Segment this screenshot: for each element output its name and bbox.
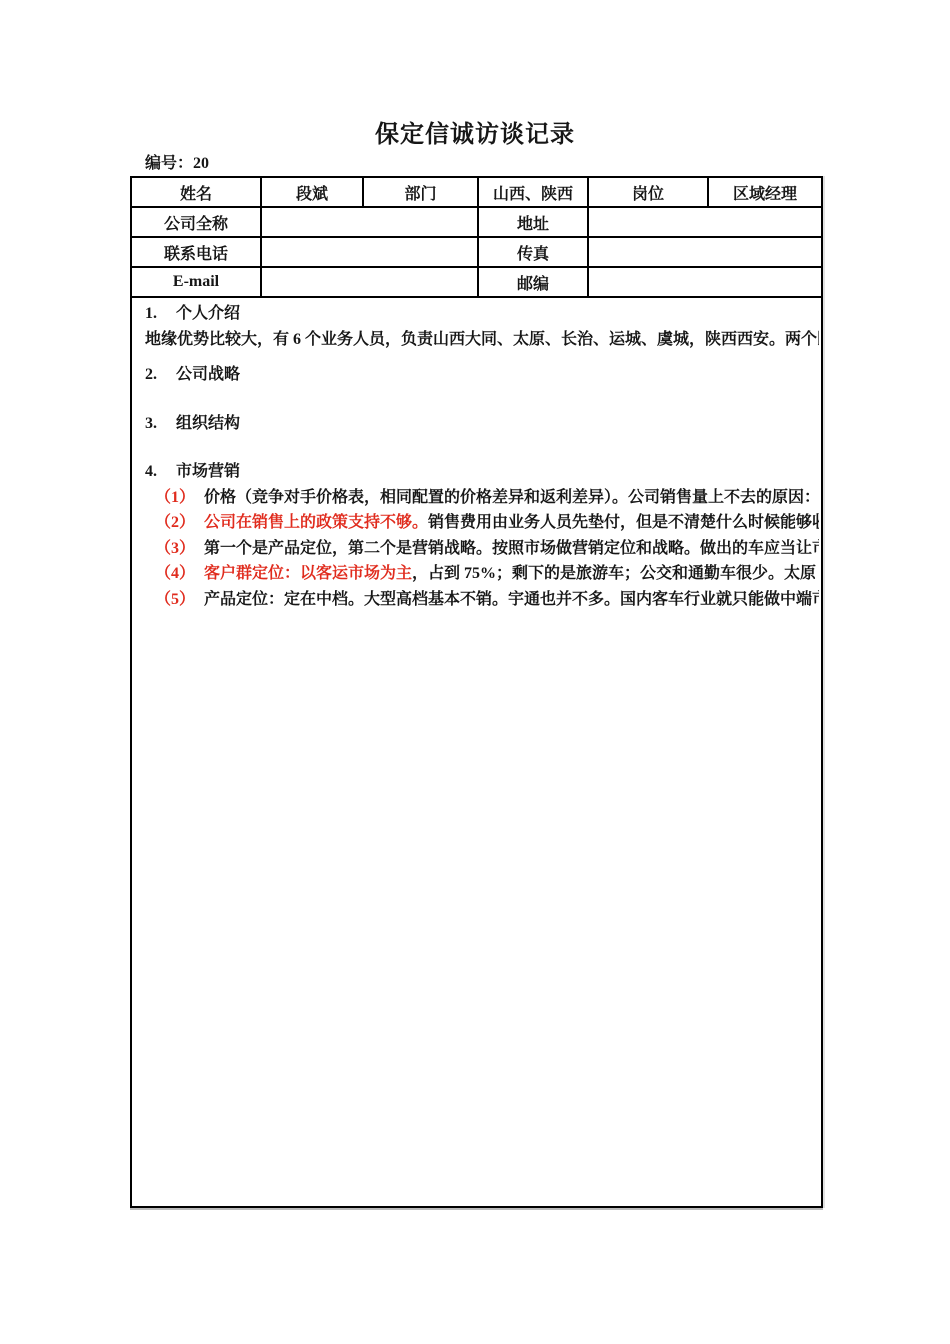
section-heading: 1.个人介绍: [145, 301, 808, 327]
section-gap: [145, 436, 808, 459]
company-label: 公司全称: [131, 207, 261, 237]
section-number: 1.: [145, 301, 176, 327]
section-title: 市场营销: [176, 463, 240, 480]
text-run: 客户群定位：以客运市场为主: [204, 565, 412, 582]
company-value: [261, 207, 478, 237]
table-row-phone: 联系电话 传真: [131, 237, 822, 267]
section-heading: 4.市场营销: [145, 459, 808, 485]
table-row-header: 姓名 段斌 部门 山西、陕西 岗位 区域经理: [131, 177, 822, 207]
section-title: 组织结构: [176, 415, 240, 432]
text-run: 公司在销售上的政策支持不够。: [204, 514, 428, 531]
table-row-company: 公司全称 地址: [131, 207, 822, 237]
text-run: ，占到 75%；剩下的是旅游车；公交和通勤车很少。太原（一级城市）——: [412, 565, 819, 582]
paragraph: 地缘优势比较大，有 6 个业务人员，负责山西大同、太原、长治、运城、虞城，陕西西…: [145, 327, 808, 353]
fax-label: 传真: [478, 237, 588, 267]
content-area: 1.个人介绍地缘优势比较大，有 6 个业务人员，负责山西大同、太原、长治、运城、…: [134, 298, 819, 1206]
email-value: [261, 267, 478, 297]
fax-value: [588, 237, 822, 267]
text-run: 地缘优势比较大，有 6 个业务人员，负责山西大同、太原、长治、运城、虞城，陕西西…: [145, 331, 819, 348]
section-title: 个人介绍: [176, 305, 240, 322]
address-value: [588, 207, 822, 237]
department-value: 山西、陕西: [478, 177, 588, 207]
email-label: E-mail: [131, 267, 261, 297]
text-run: 价格: [204, 489, 236, 506]
section-heading: 2.公司战略: [145, 362, 808, 388]
position-value: 区域经理: [708, 177, 822, 207]
list-item: （5）产品定位：定在中档。大型高档基本不销。宇通也并不多。国内客车行业就只能做中…: [145, 587, 808, 613]
document-title: 保定信诚访谈记录: [0, 114, 950, 149]
name-label: 姓名: [131, 177, 261, 207]
section-number: 4.: [145, 459, 176, 485]
section-title: 公司战略: [176, 366, 240, 383]
department-label: 部门: [363, 177, 478, 207]
section-heading: 3.组织结构: [145, 411, 808, 437]
info-table: 姓名 段斌 部门 山西、陕西 岗位 区域经理 公司全称 地址 联系电话 传真 E…: [130, 176, 823, 1208]
list-item-number: （3）: [155, 536, 195, 562]
postcode-label: 邮编: [478, 267, 588, 297]
address-label: 地址: [478, 207, 588, 237]
content-cell: 1.个人介绍地缘优势比较大，有 6 个业务人员，负责山西大同、太原、长治、运城、…: [131, 297, 822, 1207]
phone-value: [261, 237, 478, 267]
document-page: 保定信诚访谈记录 编号：20 姓名 段斌 部门 山西、陕西 岗位 区域经理 公司…: [0, 0, 950, 1344]
section-number: 3.: [145, 411, 176, 437]
name-value: 段斌: [261, 177, 363, 207]
text-run: 产品定位：定在中档。大型高档基本不销。宇通也并不多。国内客车行业就只能做中端市场…: [204, 591, 819, 608]
list-item: （2）公司在销售上的政策支持不够。销售费用由业务人员先垫付，但是不清楚什么时候能…: [145, 510, 808, 536]
text-run: （竞争对手价格表，相同配置的价格差异和返利差异）: [236, 489, 612, 506]
list-item-number: （4）: [155, 561, 195, 587]
postcode-value: [588, 267, 822, 297]
list-item-number: （2）: [155, 510, 195, 536]
table-row-content: 1.个人介绍地缘优势比较大，有 6 个业务人员，负责山西大同、太原、长治、运城、…: [131, 297, 822, 1207]
phone-label: 联系电话: [131, 237, 261, 267]
list-item: （1）价格（竞争对手价格表，相同配置的价格差异和返利差异）。公司销售量上不去的原…: [145, 485, 808, 511]
doc-number: 编号：20: [145, 150, 209, 173]
text-run: 。公司销售量上不去的原因：人、品牌，: [612, 489, 819, 506]
list-item-number: （5）: [155, 587, 195, 613]
section-gap: [145, 352, 808, 362]
text-run: 销售费用由业务人员先垫付，但是不清楚什么时候能够收回。公司没有具体的规定。: [428, 514, 819, 531]
text-run: 第一个是产品定位，第二个是营销战略。按照市场做营销定位和战略。做出的车应当让市场…: [204, 540, 819, 557]
position-label: 岗位: [588, 177, 708, 207]
list-item: （4）客户群定位：以客运市场为主，占到 75%；剩下的是旅游车；公交和通勤车很少…: [145, 561, 808, 587]
section-number: 2.: [145, 362, 176, 388]
table-row-email: E-mail 邮编: [131, 267, 822, 297]
list-item: （3）第一个是产品定位，第二个是营销战略。按照市场做营销定位和战略。做出的车应当…: [145, 536, 808, 562]
section-gap: [145, 388, 808, 411]
list-item-number: （1）: [155, 485, 195, 511]
